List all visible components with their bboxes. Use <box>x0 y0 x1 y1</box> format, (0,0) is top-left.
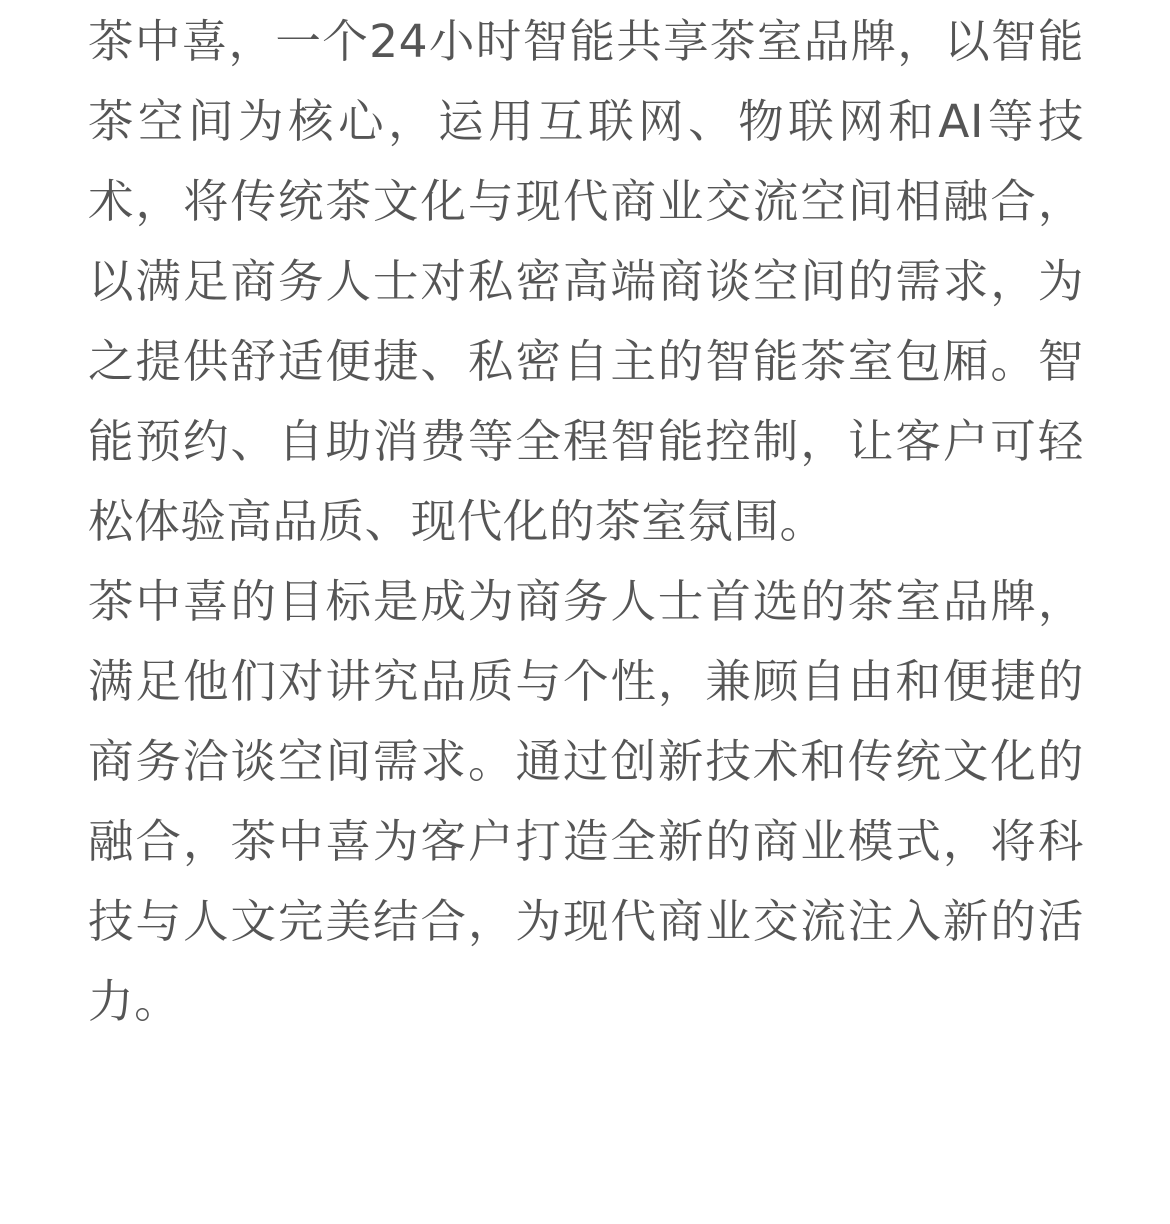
paragraph-goal: 茶中喜的目标是成为商务人士首选的茶室品牌，满足他们对讲究品质与个性，兼顾自由和便… <box>88 562 1084 1042</box>
article-body: 茶中喜，一个24小时智能共享茶室品牌，以智能茶空间为核心，运用互联网、物联网和A… <box>88 2 1084 1042</box>
paragraph-intro: 茶中喜，一个24小时智能共享茶室品牌，以智能茶空间为核心，运用互联网、物联网和A… <box>88 2 1084 562</box>
